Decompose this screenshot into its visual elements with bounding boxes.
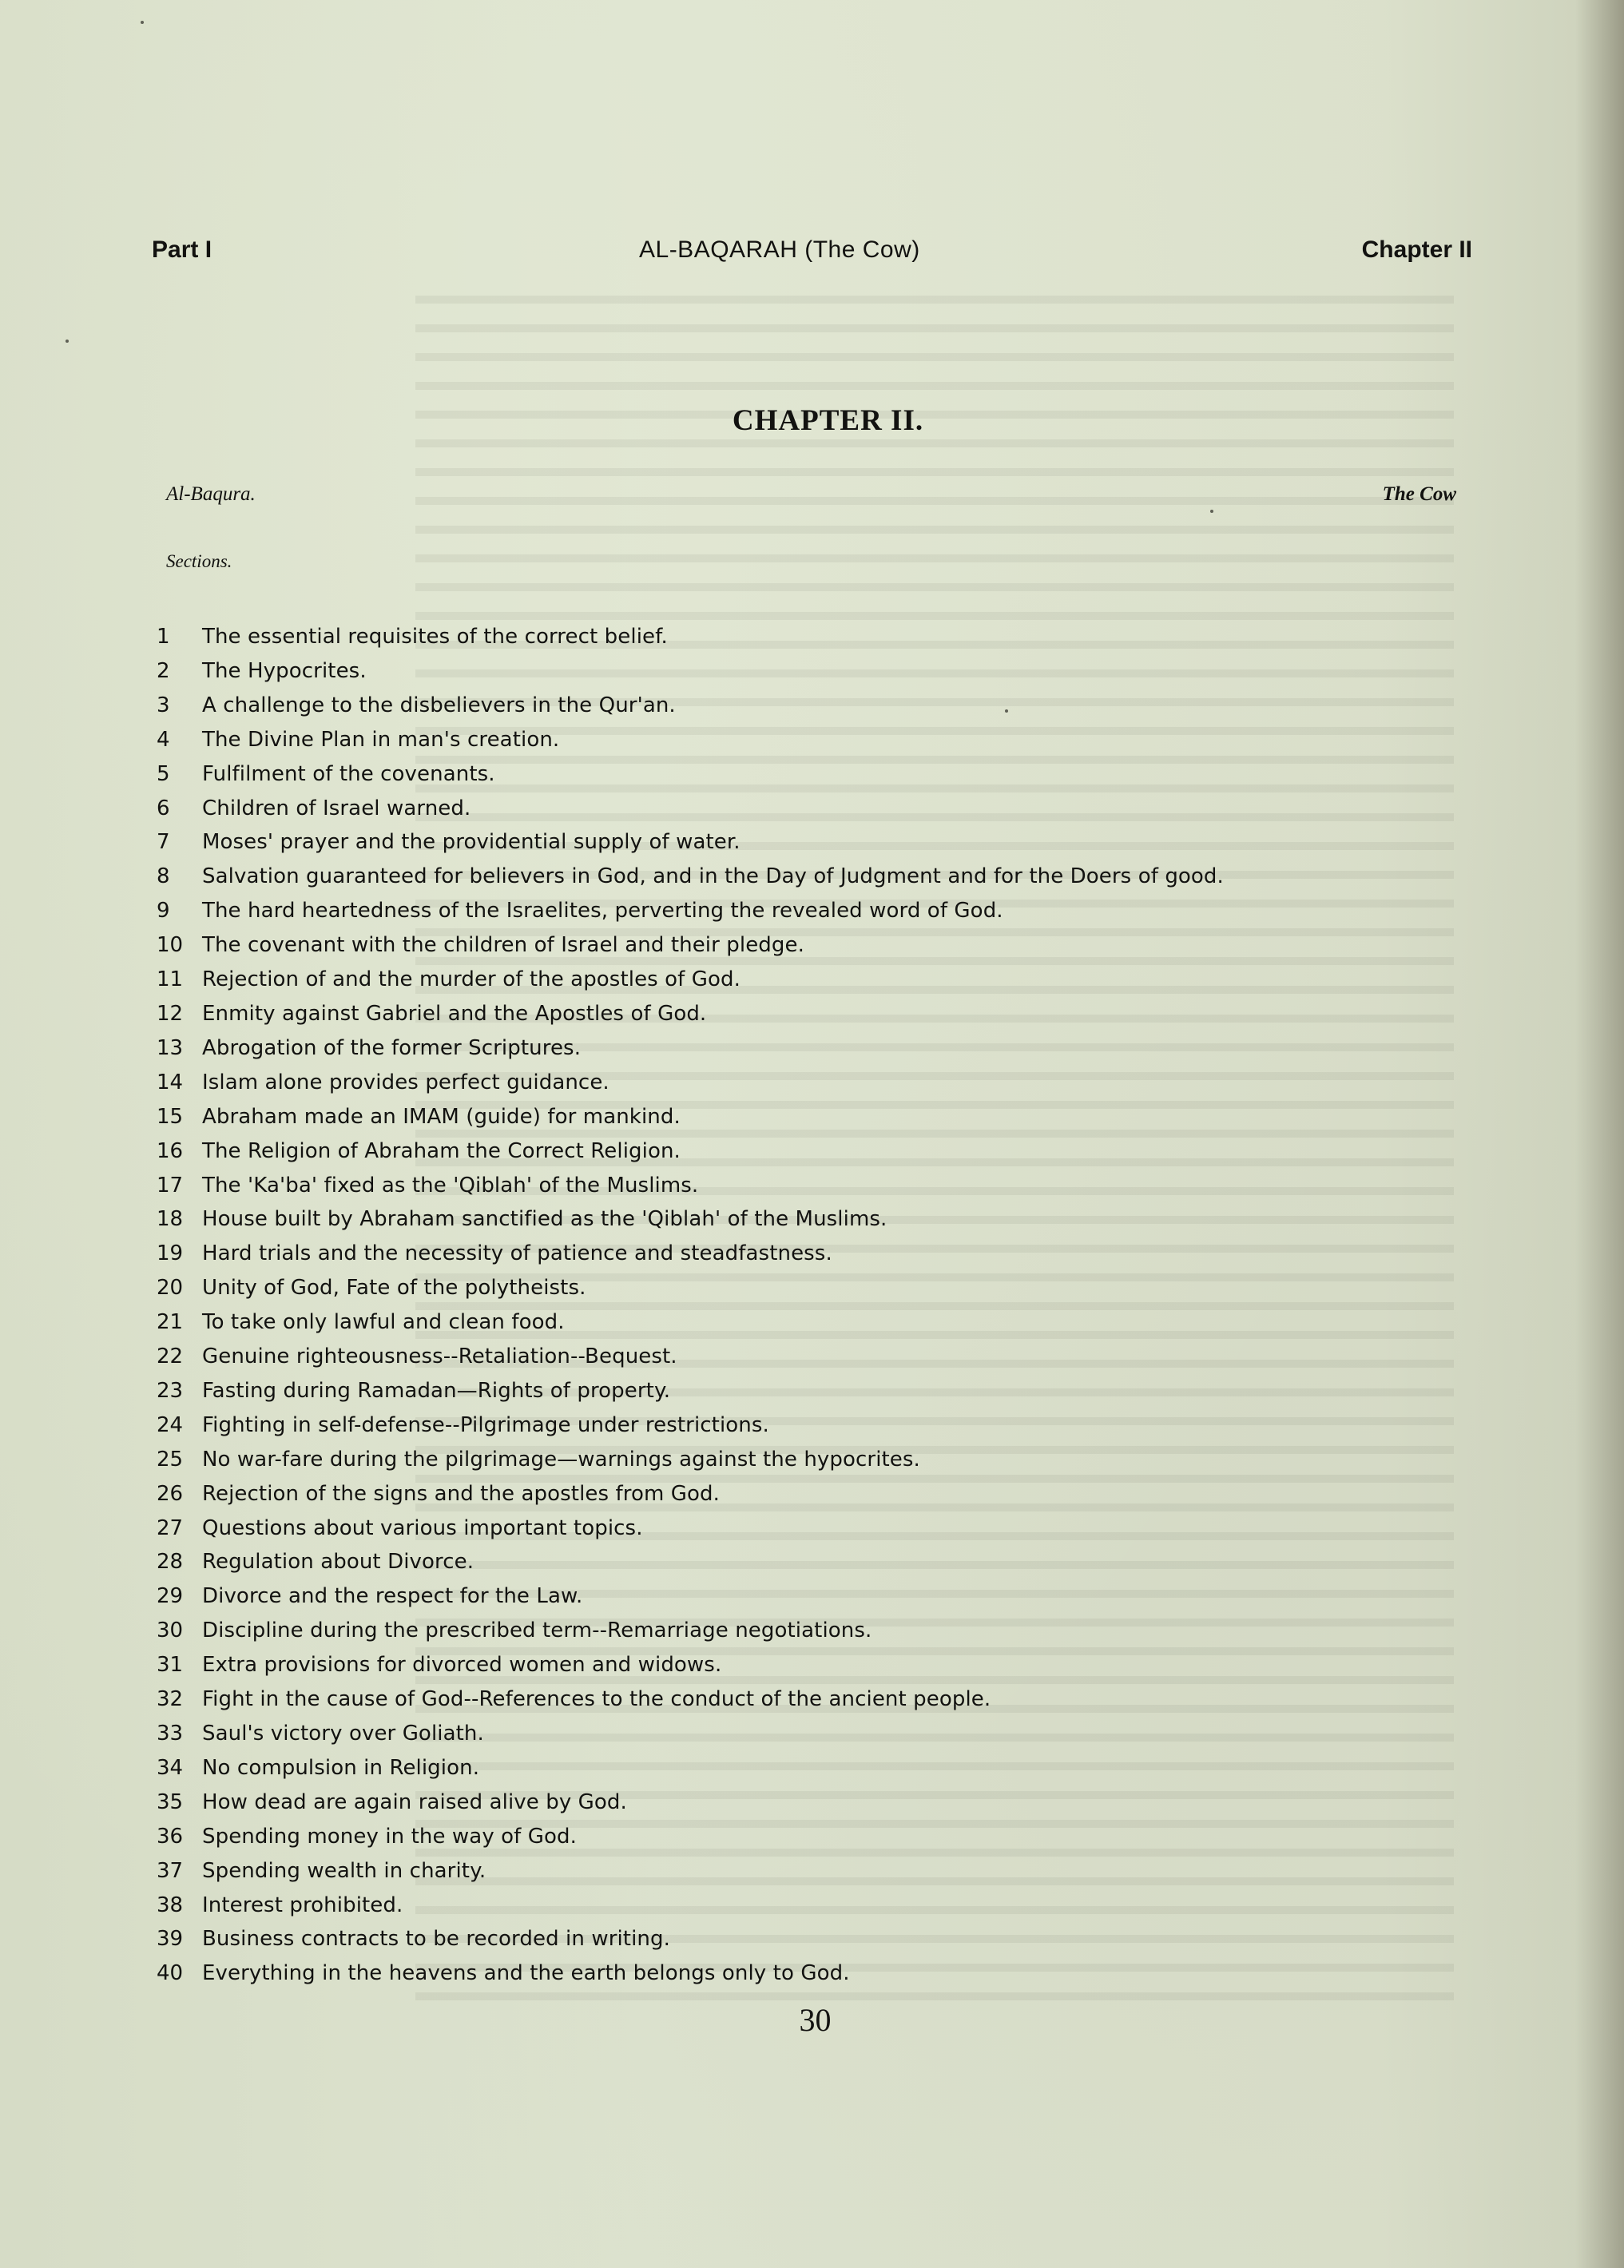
sections-label: Sections. [166,551,232,572]
section-title: Fasting during Ramadan—Rights of propert… [202,1374,670,1408]
section-title: How dead are again raised alive by God. [202,1785,627,1820]
section-title: The hard heartedness of the Israelites, … [202,894,1003,928]
section-number: 35 [152,1785,202,1820]
speck [1005,709,1008,713]
section-item: 4The Divine Plan in man's creation. [152,723,1224,757]
section-item: 13Abrogation of the former Scriptures. [152,1031,1224,1066]
section-item: 24Fighting in self-defense--Pilgrimage u… [152,1408,1224,1443]
section-item: 18House built by Abraham sanctified as t… [152,1202,1224,1237]
section-number: 36 [152,1820,202,1854]
section-title: Spending money in the way of God. [202,1820,577,1854]
section-number: 21 [152,1305,202,1340]
section-title: Fighting in self-defense--Pilgrimage und… [202,1408,769,1443]
section-item: 1The essential requisites of the correct… [152,620,1224,654]
section-item: 38Interest prohibited. [152,1889,1224,1923]
section-number: 10 [152,928,202,963]
section-title: Fulfilment of the covenants. [202,757,495,792]
section-number: 38 [152,1889,202,1923]
section-title: The Religion of Abraham the Correct Reli… [202,1134,681,1169]
section-title: Abrogation of the former Scriptures. [202,1031,581,1066]
section-title: Spending wealth in charity. [202,1854,486,1889]
section-number: 18 [152,1202,202,1237]
section-title: No compulsion in Religion. [202,1751,479,1785]
section-item: 31Extra provisions for divorced women an… [152,1648,1224,1682]
section-number: 23 [152,1374,202,1408]
section-item: 35How dead are again raised alive by God… [152,1785,1224,1820]
section-item: 23Fasting during Ramadan—Rights of prope… [152,1374,1224,1408]
section-number: 17 [152,1169,202,1203]
section-item: 3A challenge to the disbelievers in the … [152,689,1224,723]
section-number: 15 [152,1100,202,1134]
section-item: 34No compulsion in Religion. [152,1751,1224,1785]
section-title: Islam alone provides perfect guidance. [202,1066,609,1100]
section-number: 12 [152,997,202,1031]
section-item: 2The Hypocrites. [152,654,1224,689]
speck [141,21,144,24]
section-title: Genuine righteousness--Retaliation--Bequ… [202,1340,677,1374]
section-number: 20 [152,1271,202,1305]
section-number: 40 [152,1956,202,1991]
section-item: 27Questions about various important topi… [152,1511,1224,1546]
section-item: 14Islam alone provides perfect guidance. [152,1066,1224,1100]
section-title: Extra provisions for divorced women and … [202,1648,721,1682]
section-number: 5 [152,757,202,792]
section-item: 28Regulation about Divorce. [152,1545,1224,1579]
speck [66,340,69,343]
section-item: 21To take only lawful and clean food. [152,1305,1224,1340]
section-number: 9 [152,894,202,928]
section-item: 6Children of Israel warned. [152,792,1224,826]
section-item: 22Genuine righteousness--Retaliation--Be… [152,1340,1224,1374]
surah-title: AL-BAQARAH (The Cow) [639,236,920,264]
section-number: 13 [152,1031,202,1066]
section-title: The Divine Plan in man's creation. [202,723,559,757]
section-item: 36Spending money in the way of God. [152,1820,1224,1854]
section-item: 19Hard trials and the necessity of patie… [152,1237,1224,1271]
speck [1210,510,1213,513]
part-label: Part I [152,236,212,264]
section-number: 32 [152,1682,202,1717]
section-number: 28 [152,1545,202,1579]
section-item: 17The 'Ka'ba' fixed as the 'Qiblah' of t… [152,1169,1224,1203]
section-title: House built by Abraham sanctified as the… [202,1202,887,1237]
section-number: 14 [152,1066,202,1100]
section-item: 5Fulfilment of the covenants. [152,757,1224,792]
section-item: 32Fight in the cause of God--References … [152,1682,1224,1717]
section-number: 7 [152,825,202,860]
section-title: Rejection of the signs and the apostles … [202,1477,720,1511]
section-item: 7Moses' prayer and the providential supp… [152,825,1224,860]
section-number: 29 [152,1579,202,1614]
section-number: 30 [152,1614,202,1648]
section-title: Hard trials and the necessity of patienc… [202,1237,832,1271]
section-item: 12Enmity against Gabriel and the Apostle… [152,997,1224,1031]
section-item: 25No war-fare during the pilgrimage—warn… [152,1443,1224,1477]
section-number: 34 [152,1751,202,1785]
section-title: Enmity against Gabriel and the Apostles … [202,997,706,1031]
section-title: Saul's victory over Goliath. [202,1717,484,1751]
section-title: Children of Israel warned. [202,792,471,826]
section-item: 11Rejection of and the murder of the apo… [152,963,1224,997]
section-number: 11 [152,963,202,997]
section-item: 20Unity of God, Fate of the polytheists. [152,1271,1224,1305]
section-number: 2 [152,654,202,689]
section-title: Moses' prayer and the providential suppl… [202,825,741,860]
section-title: Everything in the heavens and the earth … [202,1956,850,1991]
section-title: Interest prohibited. [202,1889,403,1923]
section-title: The covenant with the children of Israel… [202,928,804,963]
section-item: 9The hard heartedness of the Israelites,… [152,894,1224,928]
section-title: Business contracts to be recorded in wri… [202,1922,670,1956]
section-item: 16The Religion of Abraham the Correct Re… [152,1134,1224,1169]
section-number: 1 [152,620,202,654]
section-number: 25 [152,1443,202,1477]
section-item: 15Abraham made an IMAM (guide) for manki… [152,1100,1224,1134]
section-item: 10The covenant with the children of Isra… [152,928,1224,963]
section-item: 30Discipline during the prescribed term-… [152,1614,1224,1648]
section-title: To take only lawful and clean food. [202,1305,565,1340]
section-item: 33Saul's victory over Goliath. [152,1717,1224,1751]
section-number: 16 [152,1134,202,1169]
section-number: 4 [152,723,202,757]
section-number: 22 [152,1340,202,1374]
section-title: Regulation about Divorce. [202,1545,474,1579]
section-title: The Hypocrites. [202,654,367,689]
section-number: 24 [152,1408,202,1443]
section-title: Salvation guaranteed for believers in Go… [202,860,1224,894]
section-number: 8 [152,860,202,894]
section-number: 37 [152,1854,202,1889]
section-number: 3 [152,689,202,723]
section-title: Abraham made an IMAM (guide) for mankind… [202,1100,681,1134]
section-item: 40Everything in the heavens and the eart… [152,1956,1224,1991]
subtitle-translation: The Cow [1383,483,1456,506]
subtitle-transliteration: Al-Baqura. [166,483,256,506]
section-item: 8Salvation guaranteed for believers in G… [152,860,1224,894]
section-title: A challenge to the disbelievers in the Q… [202,689,676,723]
page-number: 30 [0,2001,1624,2039]
section-title: Questions about various important topics… [202,1511,643,1546]
section-number: 39 [152,1922,202,1956]
chapter-label: Chapter II [1362,236,1472,264]
section-title: Divorce and the respect for the Law. [202,1579,582,1614]
section-title: Fight in the cause of God--References to… [202,1682,991,1717]
section-item: 26Rejection of the signs and the apostle… [152,1477,1224,1511]
section-item: 39Business contracts to be recorded in w… [152,1922,1224,1956]
chapter-title: CHAPTER II. [0,403,1624,438]
section-number: 27 [152,1511,202,1546]
section-title: Discipline during the prescribed term--R… [202,1614,872,1648]
running-head: Part I AL-BAQARAH (The Cow) Chapter II [152,236,1472,268]
section-number: 26 [152,1477,202,1511]
section-title: No war-fare during the pilgrimage—warnin… [202,1443,920,1477]
section-number: 19 [152,1237,202,1271]
section-title: The essential requisites of the correct … [202,620,668,654]
section-number: 33 [152,1717,202,1751]
section-title: Unity of God, Fate of the polytheists. [202,1271,586,1305]
section-number: 6 [152,792,202,826]
section-item: 29Divorce and the respect for the Law. [152,1579,1224,1614]
section-title: The 'Ka'ba' fixed as the 'Qiblah' of the… [202,1169,698,1203]
section-number: 31 [152,1648,202,1682]
section-item: 37Spending wealth in charity. [152,1854,1224,1889]
section-title: Rejection of and the murder of the apost… [202,963,741,997]
sections-list: 1The essential requisites of the correct… [152,620,1224,1991]
